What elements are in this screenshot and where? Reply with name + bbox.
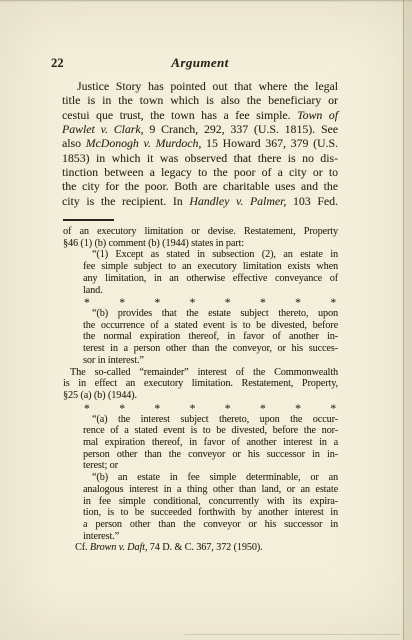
footnote-text-line: a person other than the conveyor or his … <box>83 519 338 531</box>
main-paragraph: Justice Story has pointed out that where… <box>62 79 338 208</box>
footnote-text-line: Cf. Brown v. Daft, 74 D. & C. 367, 372 (… <box>63 542 338 554</box>
asterisk: * <box>225 404 231 416</box>
text-run: is in effect an executory limitation. Re… <box>63 378 338 389</box>
asterisk-separator: ******** <box>83 402 338 414</box>
asterisk: * <box>190 404 196 416</box>
footnote-text-line: The so-called “remainder” interest of th… <box>63 367 338 379</box>
body-text-line: city is the recipient. In Handley v. Pal… <box>62 194 338 208</box>
text-run: title is in the town which is also the b… <box>62 93 338 107</box>
running-title: Argument <box>62 55 338 71</box>
body-text-line: Pawlet v. Clark, 9 Cranch, 292, 337 (U.S… <box>62 122 338 136</box>
footnote-separator-rule <box>63 219 114 221</box>
footnote-text-line: mal expiration thereof, in favor of anot… <box>83 437 338 449</box>
body-text-line: the city for the poor. Both are charitab… <box>62 179 338 193</box>
text-run: the normal expiration thereof, in favor … <box>83 331 338 342</box>
body-text-line: title is in the town which is also the b… <box>62 93 338 107</box>
text-run: “(b) an estate in fee simple determinabl… <box>92 472 338 483</box>
text-run: the occurrence of a stated event is to b… <box>83 320 338 331</box>
asterisk: * <box>330 404 336 416</box>
footnote-text-line: of an executory limitation or devise. Re… <box>63 226 338 238</box>
asterisk-separator: ******** <box>83 296 338 308</box>
text-run: fee simple subject to an executory limit… <box>83 261 338 272</box>
text-run: The so-called “remainder” interest of th… <box>70 367 338 378</box>
text-run: interest.” <box>83 531 119 542</box>
text-run: rence of a stated event is to be diveste… <box>83 425 338 436</box>
footnote-text-line: any limitation, in an otherwise effectiv… <box>83 273 338 285</box>
case-name-italic: Town of <box>297 108 338 122</box>
footnote-text-line: terest; or <box>83 460 338 472</box>
text-run: any limitation, in an otherwise effectiv… <box>83 273 338 284</box>
text-run: land. <box>83 285 103 296</box>
footnote-text-line: the normal expiration thereof, in favor … <box>83 331 338 343</box>
footnote-text-line: land. <box>83 285 338 297</box>
footnote-text-line: tion, is to be succeeded forthwith by an… <box>83 507 338 519</box>
asterisk: * <box>330 298 336 310</box>
footnote-text-line: the occurrence of a stated event is to b… <box>83 320 338 332</box>
footnote-text-line: sor in interest.” <box>83 355 338 367</box>
asterisk: * <box>84 404 90 416</box>
asterisk: * <box>260 298 266 310</box>
text-run: §46 (1) (b) comment (b) (1944) states in… <box>63 238 244 249</box>
footnote-text-line: rence of a stated event is to be diveste… <box>83 425 338 437</box>
text-run: §25 (a) (b) (1944). <box>63 390 137 401</box>
asterisk: * <box>84 298 90 310</box>
text-run: “(a) the interest subject thereto, upon … <box>92 414 338 425</box>
footnote-text-line: “(1) Except as stated in subsection (2),… <box>83 249 338 261</box>
footnote-text-line: analogous interest in a thing other than… <box>83 484 338 496</box>
asterisk: * <box>190 298 196 310</box>
scan-edge-right <box>403 0 412 640</box>
text-run: analogous interest in a thing other than… <box>83 484 338 495</box>
body-text-line: also McDonogh v. Murdoch, 15 Howard 367,… <box>62 136 338 150</box>
text-run: a person other than the conveyor or his … <box>83 519 338 530</box>
text-run: 74 D. & C. 367, 372 (1950). <box>147 542 262 553</box>
body-text-line: cestui que trust, the town has a fee sim… <box>62 108 338 122</box>
footnote-text-line: person other than the conveyor or his su… <box>83 449 338 461</box>
asterisk: * <box>295 298 301 310</box>
case-name-italic: Handley v. Palmer, <box>189 194 286 208</box>
case-name-italic: Brown v. Daft, <box>90 542 147 553</box>
text-run: terest; or <box>83 460 118 471</box>
asterisk: * <box>154 404 160 416</box>
text-run: 9 Cranch, 292, 337 (U.S. 1815). See <box>144 122 338 136</box>
asterisk: * <box>119 298 125 310</box>
body-text-line: Justice Story has pointed out that where… <box>62 79 338 93</box>
scan-edge-top <box>0 0 412 2</box>
scanned-book-page: 22 Argument Justice Story has pointed ou… <box>0 0 412 640</box>
text-run: city is the recipient. In <box>62 194 189 208</box>
text-run: in fee simple conditional, concurrently … <box>83 496 338 507</box>
text-run: 103 Fed. <box>286 194 338 208</box>
text-run: mal expiration thereof, in favor of anot… <box>83 437 338 448</box>
asterisk: * <box>154 298 160 310</box>
asterisk: * <box>295 404 301 416</box>
case-name-italic: Pawlet v. Clark, <box>62 122 144 136</box>
text-run: “(b) provides that the estate subject th… <box>92 308 338 319</box>
text-run: 1853) in which it was observed that ther… <box>62 151 338 165</box>
case-name-italic: McDonogh v. Murdoch, <box>86 136 202 150</box>
asterisk: * <box>119 404 125 416</box>
footnote-block: of an executory limitation or devise. Re… <box>63 226 338 554</box>
text-run: 15 Howard 367, 379 (U.S. <box>201 136 338 150</box>
asterisk: * <box>225 298 231 310</box>
body-text-line: 1853) in which it was observed that ther… <box>62 151 338 165</box>
footnote-text-line: fee simple subject to an executory limit… <box>83 261 338 273</box>
text-run: terest in a person other than the convey… <box>83 343 338 354</box>
footnote-text-line: §25 (a) (b) (1944). <box>63 390 338 402</box>
text-run: tinction between a legacy to the poor of… <box>62 165 338 179</box>
text-run: tion, is to be succeeded forthwith by an… <box>83 507 338 518</box>
footnote-text-line: interest.” <box>83 531 338 543</box>
footnote-text-line: terest in a person other than the convey… <box>83 343 338 355</box>
text-run: “(1) Except as stated in subsection (2),… <box>92 249 338 260</box>
text-run: Cf. <box>75 542 90 553</box>
footnote-text-line: “(b) an estate in fee simple determinabl… <box>83 472 338 484</box>
scan-edge-bottom <box>185 634 399 635</box>
asterisk: * <box>260 404 266 416</box>
text-run: sor in interest.” <box>83 355 144 366</box>
text-run: the city for the poor. Both are charitab… <box>62 179 338 193</box>
footnote-text-line: in fee simple conditional, concurrently … <box>83 496 338 508</box>
footnote-text-line: §46 (1) (b) comment (b) (1944) states in… <box>63 238 338 250</box>
text-run: cestui que trust, the town has a fee sim… <box>62 108 297 122</box>
footnote-text-line: is in effect an executory limitation. Re… <box>63 378 338 390</box>
body-text-line: tinction between a legacy to the poor of… <box>62 165 338 179</box>
text-run: also <box>62 136 86 150</box>
text-run: Justice Story has pointed out that where… <box>77 79 338 93</box>
text-run: of an executory limitation or devise. Re… <box>63 226 338 237</box>
text-run: person other than the conveyor or his su… <box>83 449 338 460</box>
